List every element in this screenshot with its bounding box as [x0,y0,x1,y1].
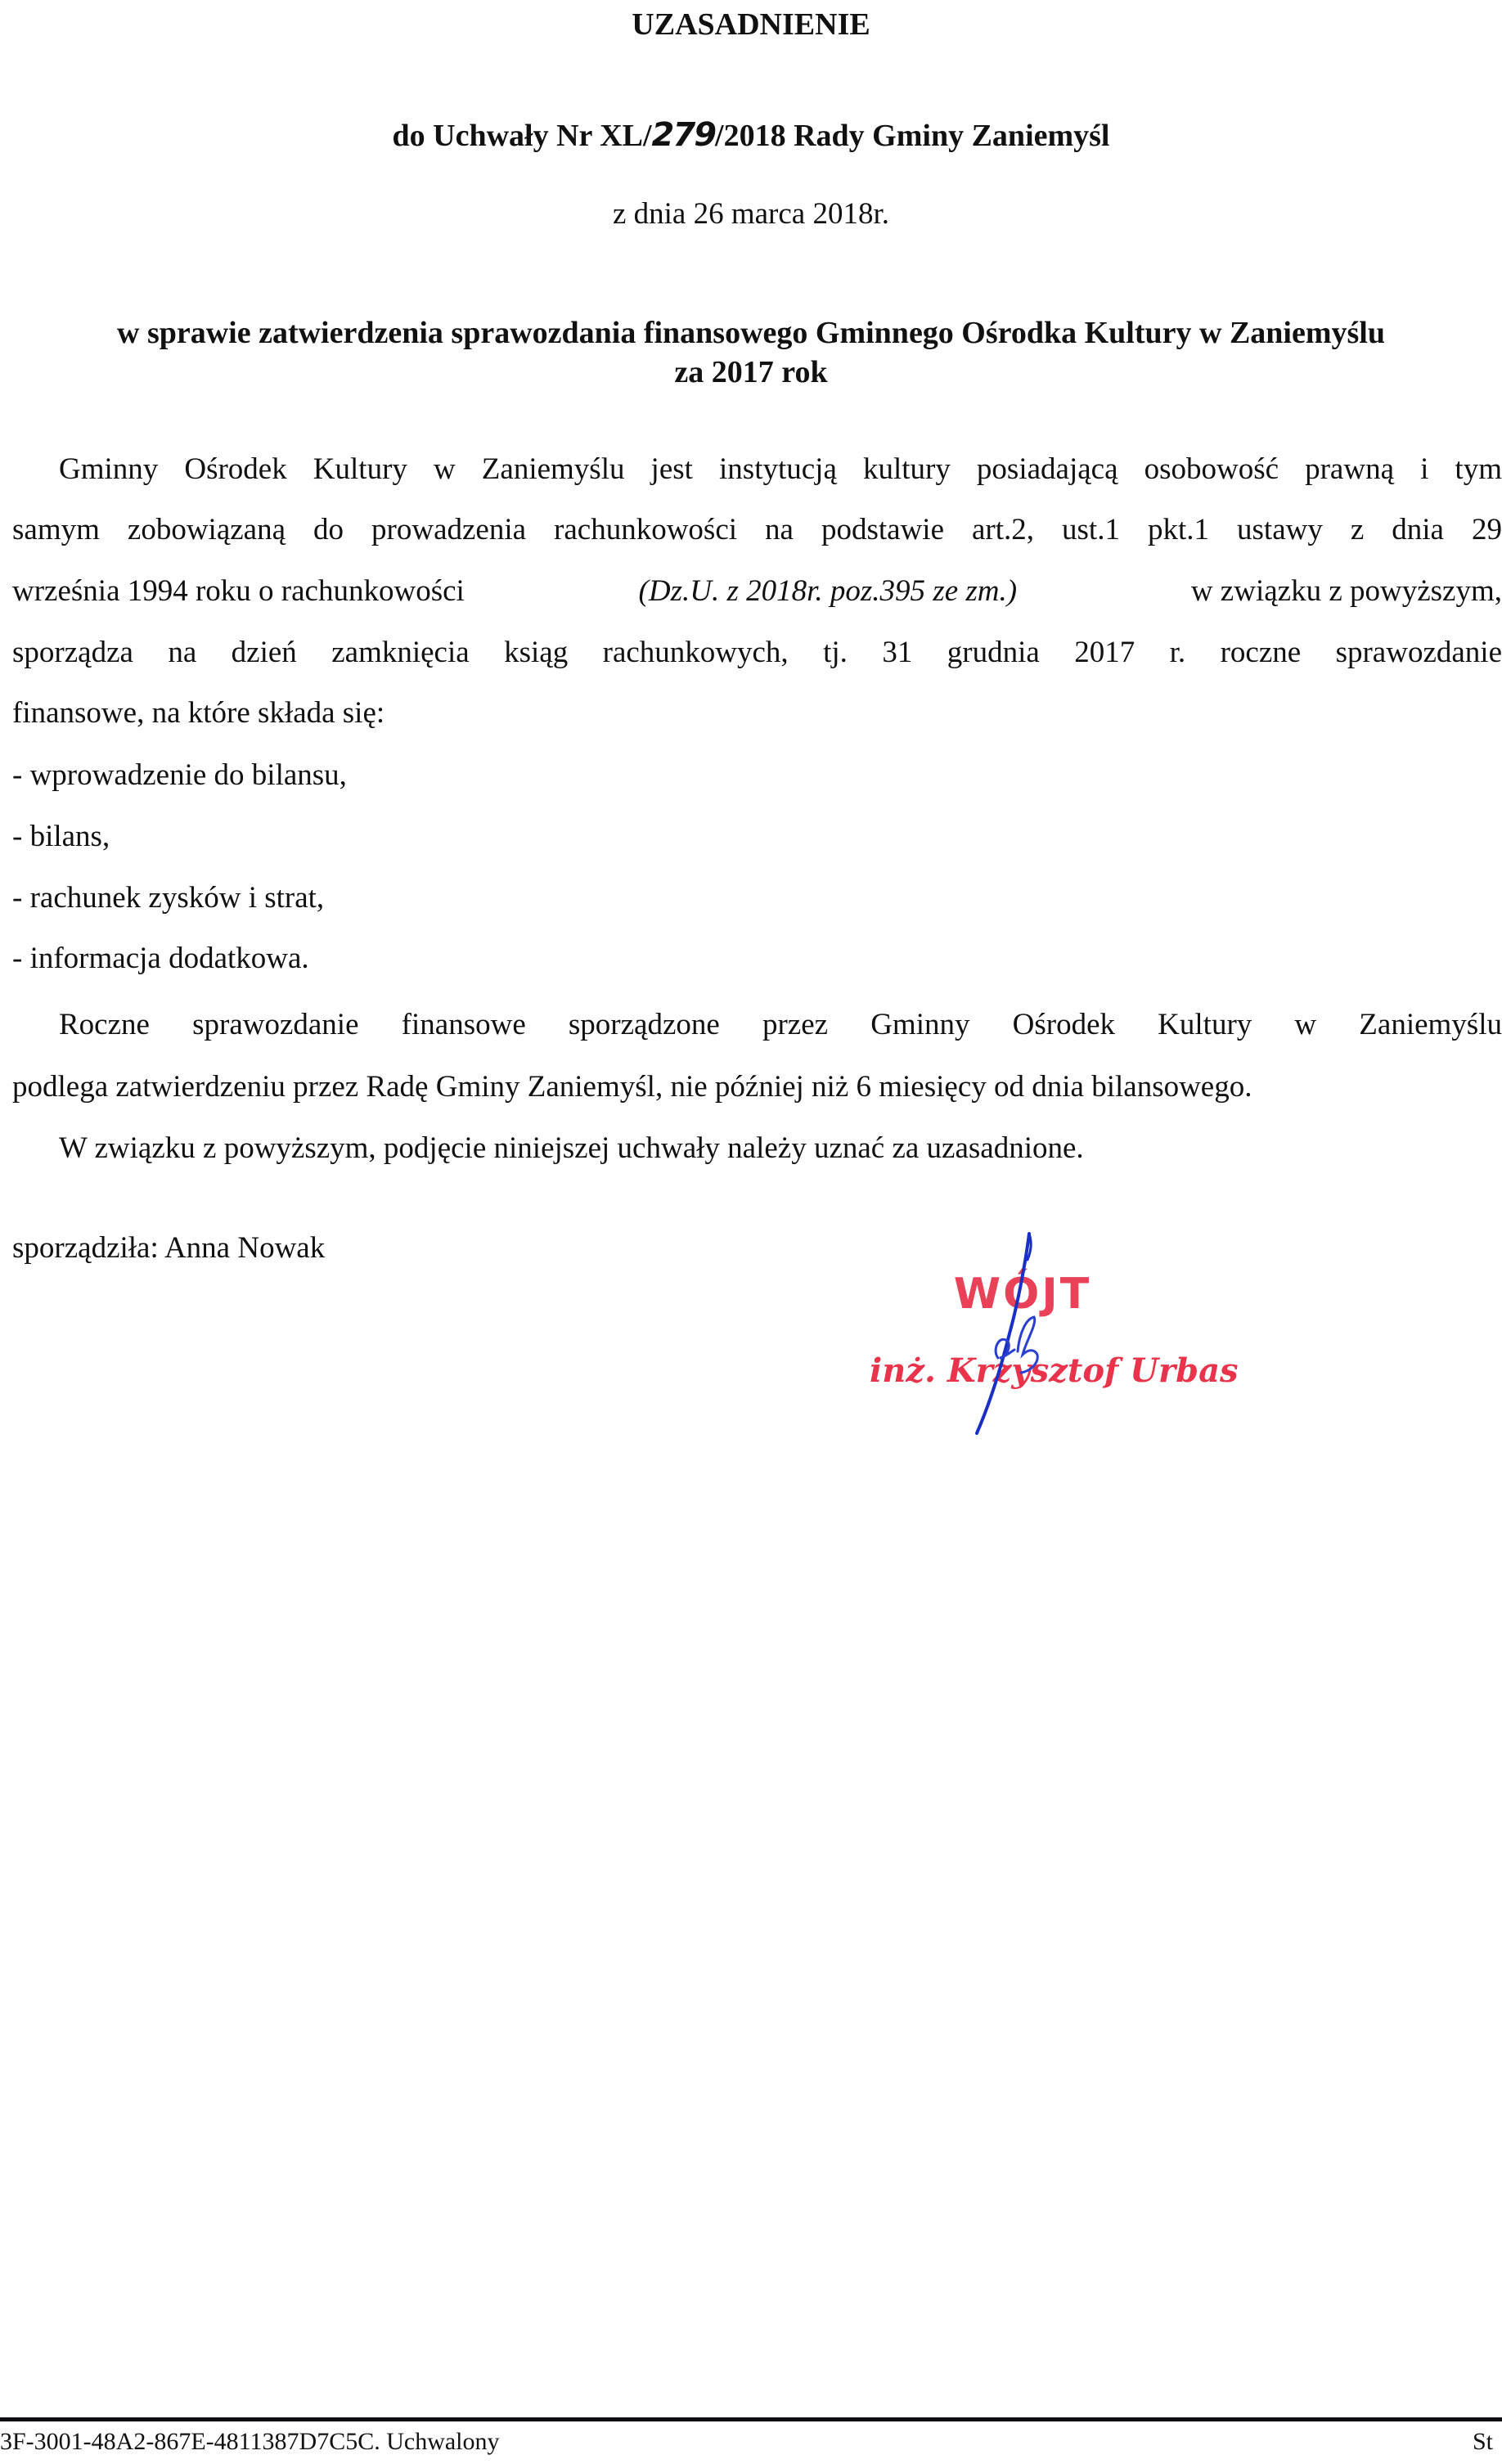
list-item: - bilans, [12,819,110,855]
paragraph-1-line: finansowe, na które składa się: [12,695,384,731]
footer-document-id: 3F-3001-48A2-867E-4811387D7C5C. Uchwalon… [0,2428,500,2456]
signature-icon [941,1227,1055,1440]
paragraph-1-line-3-end: w związku z powyższym, [1191,573,1502,609]
paragraph-2-line: podlega zatwierdzeniu przez Radę Gminy Z… [12,1069,1252,1105]
paragraph-1-line: Gminny Ośrodek Kultury w Zaniemyślu jest… [59,452,1502,488]
paragraph-2-line: Roczne sprawozdanie finansowe sporządzon… [59,1007,1502,1043]
handwritten-resolution-number: 279 [652,116,716,154]
paragraph-1-line: września 1994 roku o rachunkowości (Dz.U… [12,573,1502,609]
paragraph-1-line: sporządza na dzień zamknięcia ksiąg rach… [12,635,1502,671]
list-item: - wprowadzenie do bilansu, [12,758,347,794]
resolution-date: z dnia 26 marca 2018r. [0,196,1502,232]
resolution-ref-suffix: /2018 Rady Gminy Zaniemyśl [715,119,1109,153]
legal-citation: (Dz.U. z 2018r. poz.395 ze zm.) [639,573,1018,609]
prepared-by: sporządziła: Anna Nowak [12,1230,325,1266]
footer-page-label: St [1473,2428,1493,2456]
paragraph-1-line: samym zobowiązaną do prowadzenia rachunk… [12,512,1502,548]
paragraph-3: W związku z powyższym, podjęcie niniejsz… [59,1131,1084,1167]
list-item: - rachunek zysków i strat, [12,880,324,916]
footer-divider [0,2417,1502,2421]
resolution-ref-prefix: do Uchwały Nr XL/ [393,119,652,153]
document-title: UZASADNIENIE [0,7,1502,43]
subject-line-2: za 2017 rok [0,354,1502,390]
resolution-reference: do Uchwały Nr XL/279/2018 Rady Gminy Zan… [0,116,1502,154]
paragraph-1-line-3-start: września 1994 roku o rachunkowości [12,573,465,609]
subject-line-1: w sprawie zatwierdzenia sprawozdania fin… [0,315,1502,351]
list-item: - informacja dodatkowa. [12,941,309,977]
